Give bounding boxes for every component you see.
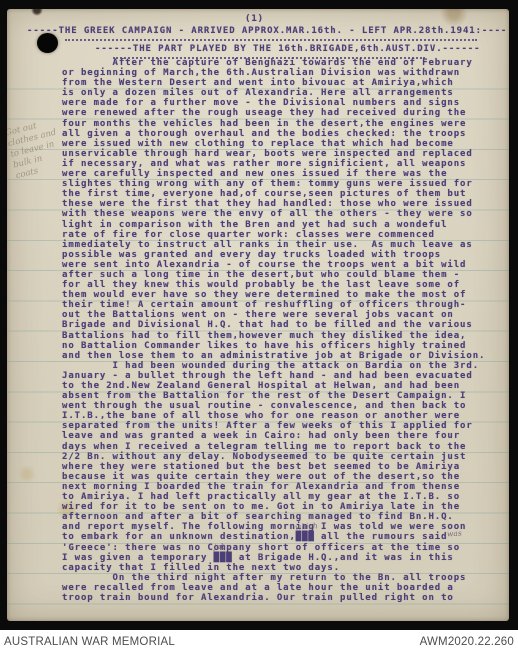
typed-body-text: After the capture of Benghazi towards th… (62, 58, 485, 603)
handwritten-correction-was: was (447, 529, 462, 538)
handwritten-correction-job: job (214, 543, 226, 552)
page-number: (1) (245, 14, 264, 24)
title-underline-1 (65, 39, 477, 41)
scan-background: (1) -----THE GREEK CAMPAIGN - ARRIVED AP… (0, 0, 518, 630)
handwritten-correction-which: which (295, 522, 318, 532)
document-title-line1: -----THE GREEK CAMPAIGN - ARRIVED APPROX… (27, 26, 507, 36)
hole-punch (37, 33, 58, 53)
document-page: (1) -----THE GREEK CAMPAIGN - ARRIVED AP… (7, 9, 509, 621)
archive-item-id: AWM2020.22.260 (420, 636, 514, 648)
archive-brand: AUSTRALIAN WAR MEMORIAL (4, 636, 175, 648)
document-title-line2: ------THE PART PLAYED BY THE 16th.BRIGAD… (95, 44, 480, 54)
archive-footer: AUSTRALIAN WAR MEMORIAL AWM2020.22.260 (0, 630, 518, 653)
